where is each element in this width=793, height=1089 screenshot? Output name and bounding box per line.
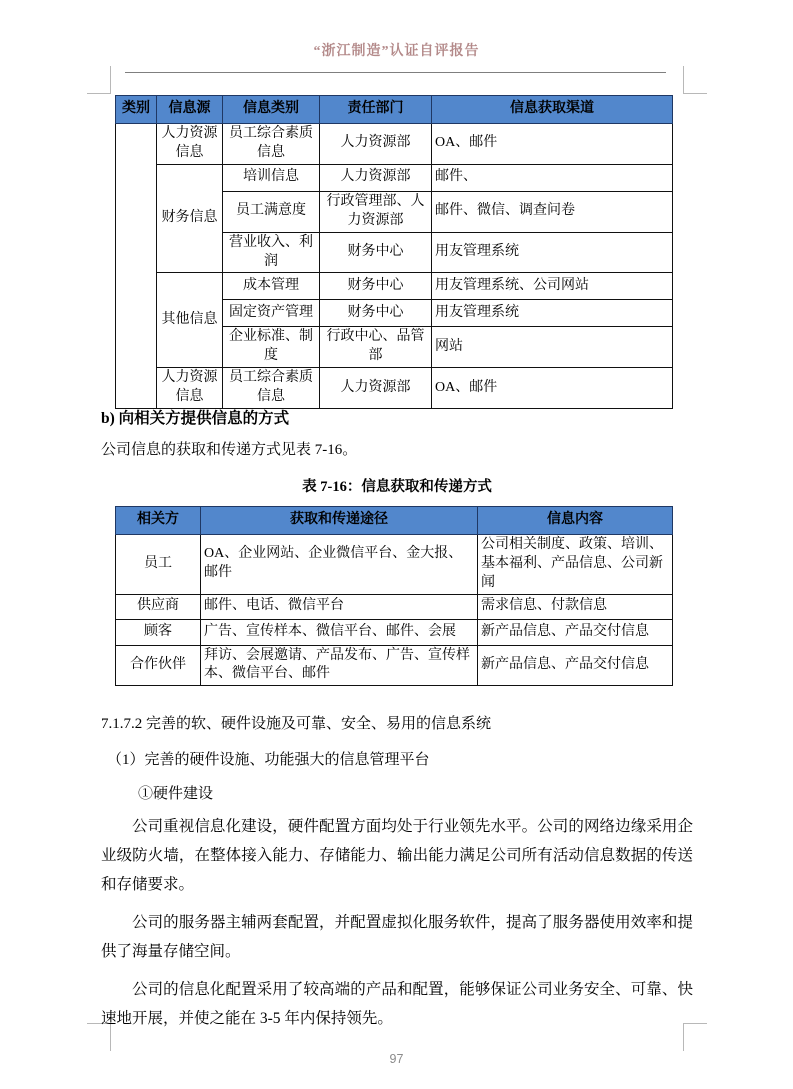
party-cell: 员工 bbox=[116, 534, 201, 594]
dept-cell: 人力资源部 bbox=[320, 123, 432, 164]
table-header-row: 相关方 获取和传递途径 信息内容 bbox=[116, 507, 673, 535]
paragraph-2: 公司的服务器主辅两套配置，并配置虚拟化服务软件，提高了服务器使用效率和提供了海量… bbox=[101, 908, 693, 966]
dept-cell: 财务中心 bbox=[320, 273, 432, 300]
channel-cell: OA、邮件 bbox=[432, 368, 673, 409]
type-cell: 成本管理 bbox=[223, 273, 320, 300]
channel-cell: OA、邮件 bbox=[432, 123, 673, 164]
channel-cell: 用友管理系统 bbox=[432, 300, 673, 327]
party-cell: 供应商 bbox=[116, 594, 201, 619]
table-row: 其他信息 成本管理 财务中心 用友管理系统、公司网站 bbox=[116, 273, 673, 300]
heading-b: b) 向相关方提供信息的方式 bbox=[101, 406, 693, 428]
dept-cell: 人力资源部 bbox=[320, 164, 432, 191]
body-text-area: b) 向相关方提供信息的方式 公司信息的获取和传递方式见表 7-16。 表 7-… bbox=[101, 406, 693, 1033]
col-header-party: 相关方 bbox=[116, 507, 201, 535]
channel-cell: 邮件、微信、调查问卷 bbox=[432, 191, 673, 232]
info-sources-table: 类别 信息源 信息类别 责任部门 信息获取渠道 人力资源信息 员工综合素质信息 … bbox=[115, 95, 673, 409]
type-cell: 培训信息 bbox=[223, 164, 320, 191]
header-divider bbox=[125, 72, 666, 73]
type-cell: 员工综合素质信息 bbox=[223, 123, 320, 164]
col-header-type: 信息类别 bbox=[223, 96, 320, 124]
dept-cell: 财务中心 bbox=[320, 232, 432, 273]
channel-cell: 网站 bbox=[432, 327, 673, 368]
content-cell: 新产品信息、产品交付信息 bbox=[478, 645, 673, 686]
category-cell-empty bbox=[116, 123, 157, 408]
content-cell: 需求信息、付款信息 bbox=[478, 594, 673, 619]
table-row: 人力资源信息 员工综合素质信息 人力资源部 OA、邮件 bbox=[116, 368, 673, 409]
type-cell: 员工满意度 bbox=[223, 191, 320, 232]
page-number: 97 bbox=[0, 1052, 793, 1066]
type-cell: 企业标准、制度 bbox=[223, 327, 320, 368]
party-cell: 合作伙伴 bbox=[116, 645, 201, 686]
dept-cell: 行政管理部、人力资源部 bbox=[320, 191, 432, 232]
col-header-dept: 责任部门 bbox=[320, 96, 432, 124]
page-header-title: “浙江制造”认证自评报告 bbox=[0, 40, 793, 60]
table-row: 合作伙伴 拜访、会展邀请、产品发布、广告、宣传样本、微信平台、邮件 新产品信息、… bbox=[116, 645, 673, 686]
channel-cell: 邮件、电话、微信平台 bbox=[201, 594, 478, 619]
dept-cell: 财务中心 bbox=[320, 300, 432, 327]
source-cell: 其他信息 bbox=[157, 273, 223, 368]
channel-cell: 用友管理系统 bbox=[432, 232, 673, 273]
col-header-channel: 信息获取渠道 bbox=[432, 96, 673, 124]
channel-cell: OA、企业网站、企业微信平台、金大报、邮件 bbox=[201, 534, 478, 594]
channel-cell: 邮件、 bbox=[432, 164, 673, 191]
type-cell: 营业收入、利润 bbox=[223, 232, 320, 273]
channel-cell: 拜访、会展邀请、产品发布、广告、宣传样本、微信平台、邮件 bbox=[201, 645, 478, 686]
table-row: 供应商 邮件、电话、微信平台 需求信息、付款信息 bbox=[116, 594, 673, 619]
heading-hardware: ①硬件建设 bbox=[138, 782, 693, 803]
dept-cell: 行政中心、品管部 bbox=[320, 327, 432, 368]
table-7-16-caption: 表 7-16：信息获取和传递方式 bbox=[101, 475, 693, 496]
source-cell: 人力资源信息 bbox=[157, 123, 223, 164]
table-header-row: 类别 信息源 信息类别 责任部门 信息获取渠道 bbox=[116, 96, 673, 124]
type-cell: 员工综合素质信息 bbox=[223, 368, 320, 409]
heading-7172: 7.1.7.2 完善的软、硬件设施及可靠、安全、易用的信息系统 bbox=[101, 712, 693, 733]
party-cell: 顾客 bbox=[116, 619, 201, 645]
channel-cell: 广告、宣传样本、微信平台、邮件、会展 bbox=[201, 619, 478, 645]
col-header-category: 类别 bbox=[116, 96, 157, 124]
table-row: 财务信息 培训信息 人力资源部 邮件、 bbox=[116, 164, 673, 191]
intro-paragraph: 公司信息的获取和传递方式见表 7-16。 bbox=[101, 438, 693, 459]
heading-sub1: （1）完善的硬件设施、功能强大的信息管理平台 bbox=[107, 748, 693, 769]
table-row: 人力资源信息 员工综合素质信息 人力资源部 OA、邮件 bbox=[116, 123, 673, 164]
col-header-content: 信息内容 bbox=[478, 507, 673, 535]
source-cell: 财务信息 bbox=[157, 164, 223, 273]
source-cell: 人力资源信息 bbox=[157, 368, 223, 409]
content-cell: 新产品信息、产品交付信息 bbox=[478, 619, 673, 645]
crop-mark-top-left bbox=[87, 66, 111, 94]
channel-cell: 用友管理系统、公司网站 bbox=[432, 273, 673, 300]
paragraph-3: 公司的信息化配置采用了较高端的产品和配置，能够保证公司业务安全、可靠、快速地开展… bbox=[101, 975, 693, 1033]
col-header-source: 信息源 bbox=[157, 96, 223, 124]
crop-mark-top-right bbox=[683, 66, 707, 94]
info-transfer-table: 相关方 获取和传递途径 信息内容 员工 OA、企业网站、企业微信平台、金大报、邮… bbox=[115, 506, 673, 686]
paragraph-1: 公司重视信息化建设，硬件配置方面均处于行业领先水平。公司的网络边缘采用企业级防火… bbox=[101, 812, 693, 899]
dept-cell: 人力资源部 bbox=[320, 368, 432, 409]
type-cell: 固定资产管理 bbox=[223, 300, 320, 327]
col-header-channel: 获取和传递途径 bbox=[201, 507, 478, 535]
table-row: 员工 OA、企业网站、企业微信平台、金大报、邮件 公司相关制度、政策、培训、基本… bbox=[116, 534, 673, 594]
table-row: 顾客 广告、宣传样本、微信平台、邮件、会展 新产品信息、产品交付信息 bbox=[116, 619, 673, 645]
content-cell: 公司相关制度、政策、培训、基本福利、产品信息、公司新闻 bbox=[478, 534, 673, 594]
